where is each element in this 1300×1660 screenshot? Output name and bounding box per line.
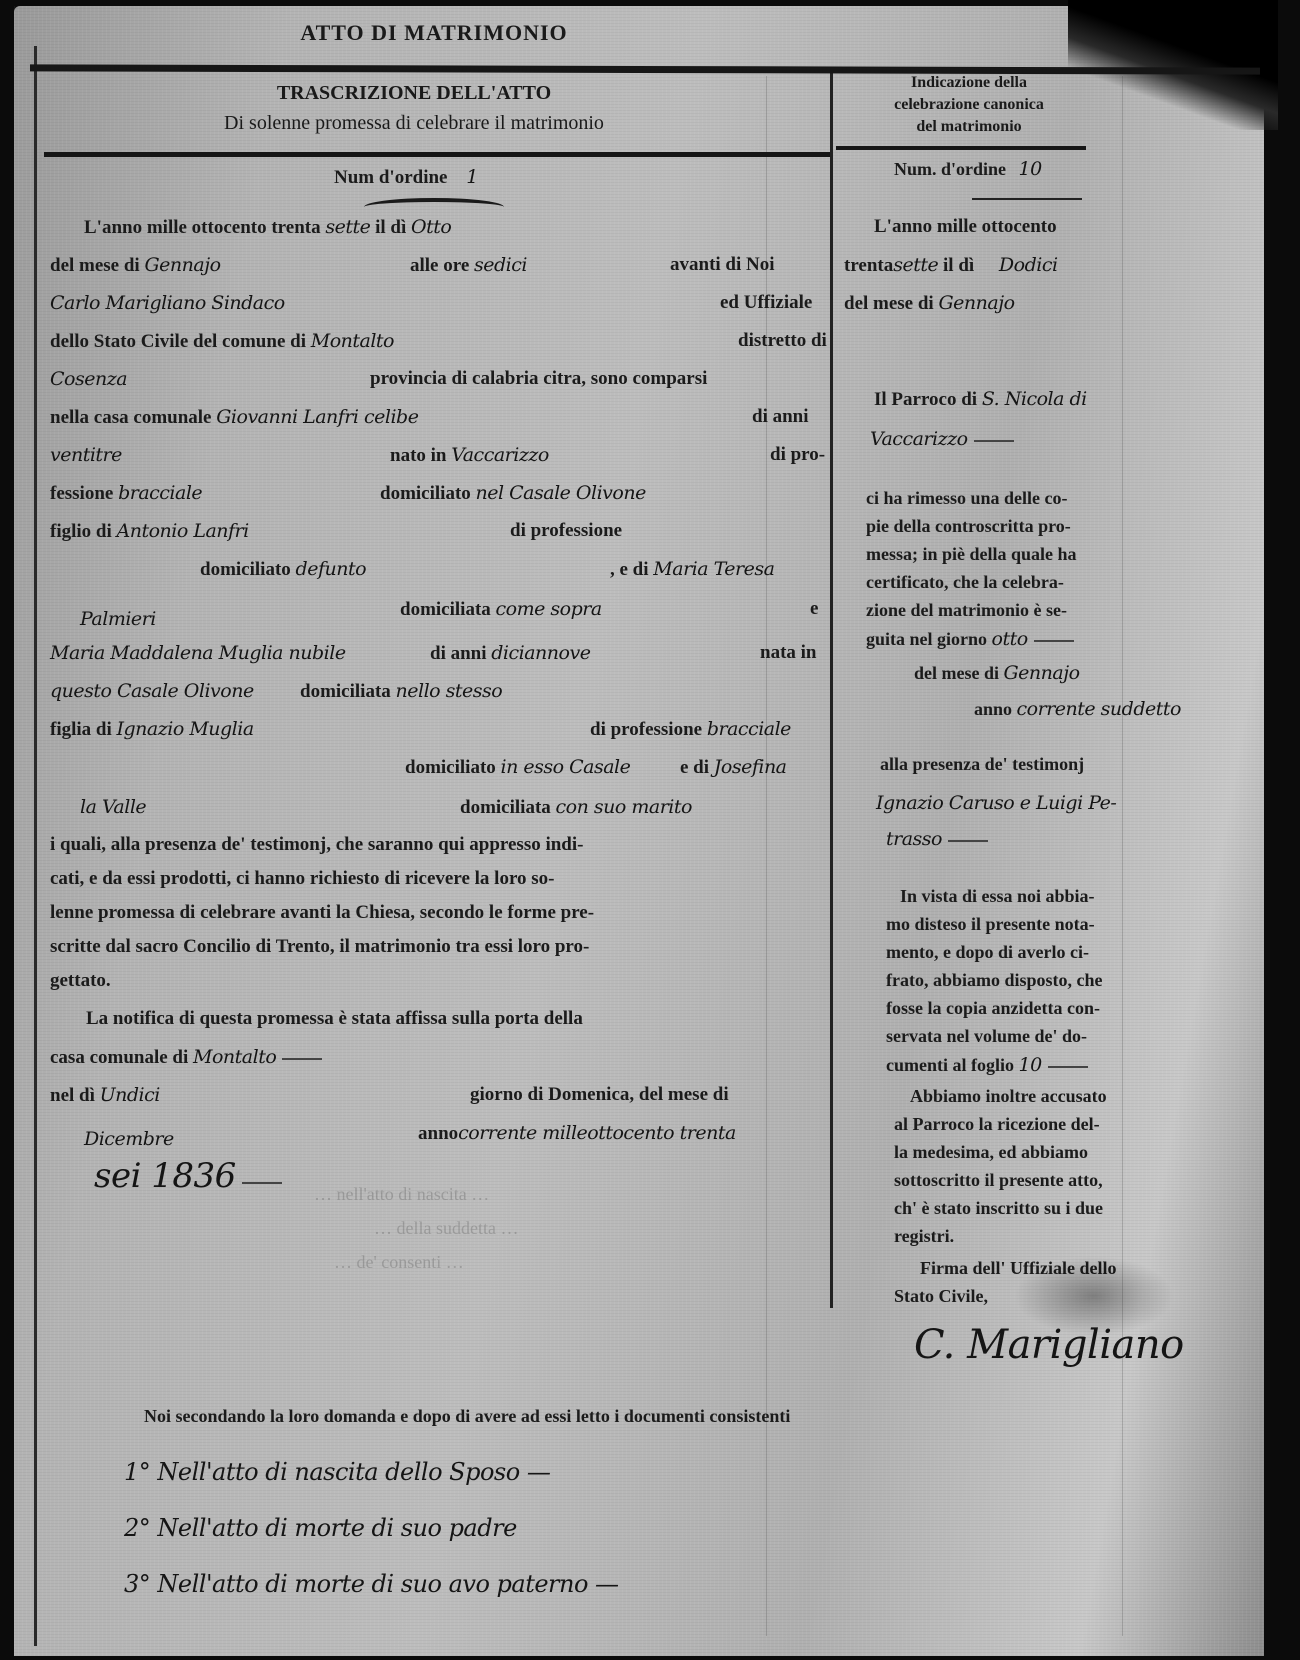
paragraph-line: scritte dal sacro Concilio di Trento, il… [50, 936, 589, 958]
certificate-line: messa; in piè della quale ha [866, 544, 1077, 565]
accusato-line: Abbiamo inoltre accusato [910, 1086, 1107, 1107]
form-line: del mese di Gennajo alle ore sedici avan… [50, 254, 830, 277]
handwritten-entry: Gennajo [144, 254, 220, 276]
handwritten-entry: Ignazio Muglia [117, 718, 254, 740]
right-title-line: Indicazione della [844, 72, 1094, 94]
handwritten-entry: Montalto [311, 330, 394, 352]
printed-text: giorno di Domenica, del mese di [470, 1084, 729, 1106]
printed-text: , e di [610, 559, 649, 580]
handwritten-entry: 2° Nell'atto di morte di suo padre [124, 1514, 517, 1542]
ornament-swash [364, 198, 504, 216]
handwritten-entry: Dodici [999, 254, 1058, 276]
handwritten-entry: Otto [411, 216, 451, 238]
handwritten-entry: S. Nicola di [982, 388, 1087, 410]
handwritten-entry: nel Casale Olivone [476, 482, 646, 504]
right-line: L'anno mille ottocento [874, 216, 1057, 238]
vista-line: In vista di essa noi abbia- [900, 886, 1095, 907]
register-page: ATTO DI MATRIMONIO TRASCRIZIONE DELL'ATT… [14, 6, 1264, 1656]
handwritten-entry: Gennajo [938, 292, 1014, 314]
handwritten-entry: sedici [474, 254, 527, 276]
certificate-line: ci ha rimesso una delle co- [866, 488, 1067, 509]
handwritten-entry: Maria Teresa [653, 558, 774, 580]
handwritten-entry: Ignazio Caruso e Luigi Pe- [876, 792, 1116, 814]
document-title: ATTO DI MATRIMONIO [284, 20, 584, 46]
handwritten-entry: nello stesso [396, 680, 503, 702]
printed-text: ed Uffiziale [720, 292, 812, 314]
printed-text: guita nel giorno [866, 629, 987, 649]
paragraph-line: i quali, alla presenza de' testimonj, ch… [50, 834, 583, 856]
volume-page: cumenti al foglio 10 [886, 1054, 1094, 1076]
form-line: Cosenza provincia di calabria citra, son… [50, 368, 830, 391]
handwritten-entry: 3° Nell'atto di morte di suo avo paterno… [124, 1570, 619, 1598]
vista-line: mento, e dopo di averlo ci- [886, 942, 1089, 963]
handwritten-entry: Maria Maddalena Muglia nubile [50, 642, 346, 664]
printed-text: L'anno mille ottocento trenta [84, 217, 321, 238]
printed-text: Il Parroco di [874, 389, 977, 410]
printed-text: domiciliata [300, 681, 391, 702]
printed-text: domiciliato [200, 559, 291, 580]
printed-text: di professione [590, 719, 702, 740]
accusato-line: al Parroco la ricezione del- [894, 1114, 1100, 1135]
accusato-line: ch' è stato inscritto su i due [894, 1198, 1103, 1219]
document-item: 1° Nell'atto di nascita dello Sposo — [124, 1458, 550, 1486]
handwritten-entry: bracciale [118, 482, 202, 504]
bleed-through-text: … de' consenti … [334, 1252, 464, 1273]
handwritten-entry: ventitre [50, 444, 122, 466]
handwritten-entry: Palmieri [80, 608, 156, 630]
printed-text: nel dì [50, 1085, 95, 1106]
paragraph-line: gettato. [50, 970, 111, 992]
printed-text: di anni [752, 406, 809, 428]
printed-text: fessione [50, 483, 113, 504]
vista-line: frato, abbiamo disposto, che [886, 970, 1103, 991]
handwritten-entry: in esso Casale [501, 756, 631, 778]
printed-text: del mese di [914, 663, 999, 683]
printed-text: di anni [430, 643, 487, 664]
handwritten-entry: corrente suddetto [1017, 698, 1181, 720]
handwritten-entry: 1° Nell'atto di nascita dello Sposo — [124, 1458, 550, 1486]
handwritten-entry: questo Casale Olivone [50, 680, 254, 702]
folded-corner [1068, 0, 1278, 130]
handwritten-entry: otto [992, 628, 1028, 650]
right-title-line: del matrimonio [844, 116, 1094, 138]
accusato-line: sottoscritto il presente atto, [894, 1170, 1103, 1191]
handwritten-entry: diciannove [491, 642, 590, 664]
handwritten-entry: defunto [296, 558, 367, 580]
handwritten-entry: sei 1836 [94, 1156, 236, 1196]
accusato-line: registri. [894, 1226, 954, 1247]
parroco-line: Vaccarizzo [870, 428, 1020, 451]
printed-text: domiciliato [380, 483, 471, 504]
binding-crease [1122, 76, 1123, 1636]
order-value: 1 [466, 166, 478, 188]
handwritten-entry: con suo marito [556, 796, 692, 818]
form-line: questo Casale Olivone domiciliata nello … [50, 680, 830, 703]
printed-text: cumenti al foglio [886, 1055, 1014, 1075]
form-line: L'anno mille ottocento trenta sette il d… [84, 216, 451, 239]
printed-text: figlio di [50, 521, 112, 542]
bleed-through-text: … della suddetta … [374, 1218, 518, 1239]
year-note: sei 1836 [94, 1156, 288, 1196]
witnesses-label: alla presenza de' testimonj [880, 754, 1084, 775]
printed-text: domiciliato [405, 757, 496, 778]
vista-line: fosse la copia anzidetta con- [886, 998, 1100, 1019]
handwritten-entry: Cosenza [50, 368, 127, 390]
right-line: del mese di Gennajo [844, 292, 1015, 315]
form-line: nella casa comunale Giovanni Lanfri celi… [50, 406, 830, 429]
left-margin-rule [34, 46, 37, 1646]
handwritten-entry: Carlo Marigliano Sindaco [50, 292, 285, 314]
printed-text: e [810, 598, 818, 620]
signature-label: Stato Civile, [894, 1286, 988, 1307]
certificate-line: pie della controscritta pro- [866, 516, 1071, 537]
handwritten-entry: Giovanni Lanfri celibe [216, 406, 418, 428]
printed-text: figlia di [50, 719, 112, 740]
printed-text: del mese di [844, 293, 934, 314]
handwritten-entry: Vaccarizzo [451, 444, 549, 466]
order-label: Num. d'ordine [894, 159, 1006, 179]
form-line: figlia di Ignazio Muglia di professione … [50, 718, 830, 741]
handwritten-entry: sette [325, 216, 370, 238]
handwritten-entry: trasso [886, 828, 942, 850]
handwritten-entry: Gennajo [1004, 662, 1080, 684]
paragraph-line: lenne promessa di celebrare avanti la Ch… [50, 902, 594, 924]
handwritten-entry: Montalto [193, 1046, 276, 1068]
handwritten-entry: corrente milleottocento trenta [458, 1122, 736, 1144]
printed-text: avanti di Noi [670, 254, 775, 276]
right-order-number: Num. d'ordine 10 [894, 158, 1042, 180]
paragraph-line: cati, e da essi prodotti, ci hanno richi… [50, 868, 555, 890]
notice-line: nel dì Undici giorno di Domenica, del me… [50, 1084, 830, 1107]
column-divider [830, 68, 833, 1308]
printed-text: domiciliata [460, 797, 551, 818]
right-section-title: Indicazione della celebrazione canonica … [844, 72, 1094, 138]
left-section-title: TRASCRIZIONE DELL'ATTO [164, 82, 664, 105]
form-line: Carlo Marigliano Sindaco ed Uffiziale [50, 292, 830, 315]
printed-text: provincia di calabria citra, sono compar… [370, 368, 707, 390]
right-title-line: celebrazione canonica [844, 94, 1094, 116]
left-order-number: Num d'ordine 1 [334, 166, 478, 189]
handwritten-entry: Dicembre [84, 1128, 174, 1150]
printed-text: di pro- [770, 444, 825, 466]
printed-text: nata in [760, 642, 817, 664]
printed-text: anno [418, 1123, 458, 1144]
document-item: 2° Nell'atto di morte di suo padre [124, 1514, 517, 1542]
accusato-line: la medesima, ed abbiamo [894, 1142, 1088, 1163]
ceremony-day: guita nel giorno otto [866, 628, 1080, 650]
parroco-line: Il Parroco di S. Nicola di [874, 388, 1087, 411]
handwritten-entry: come sopra [496, 598, 602, 620]
handwritten-entry: 10 [1019, 1054, 1042, 1076]
notice-line: casa comunale di Montalto [50, 1046, 328, 1069]
printed-text: trenta [844, 255, 893, 276]
documents-intro: Noi secondando la loro domanda e dopo di… [144, 1406, 790, 1427]
handwritten-entry: bracciale [707, 718, 791, 740]
handwritten-entry: Vaccarizzo [870, 428, 968, 450]
handwritten-entry: la Valle [80, 796, 146, 818]
order-label: Num d'ordine [334, 167, 448, 188]
printed-text: e di [680, 757, 709, 778]
form-line: Maria Maddalena Muglia nubile di anni di… [50, 642, 830, 665]
printed-text: del mese di [50, 255, 140, 276]
subtitle-rule [44, 152, 830, 157]
certificate-line: zione del matrimonio è se- [866, 600, 1067, 621]
printed-text: distretto di [738, 330, 827, 352]
handwritten-entry: Undici [100, 1084, 160, 1106]
handwritten-entry: Josefina [714, 756, 787, 778]
bleed-through-text: … nell'atto di nascita … [314, 1184, 489, 1205]
vista-line: mo disteso il presente nota- [886, 914, 1095, 935]
form-line: fessione bracciale domiciliato nel Casal… [50, 482, 830, 505]
order-value: 10 [1019, 158, 1042, 180]
form-line: figlio di Antonio Lanfri di professione [50, 520, 830, 543]
printed-text: di professione [510, 520, 622, 542]
witnesses-names: Ignazio Caruso e Luigi Pe- [876, 792, 1116, 815]
printed-text: dello Stato Civile del comune di [50, 331, 306, 352]
printed-text: alle ore [410, 255, 469, 276]
printed-text: domiciliata [400, 599, 491, 620]
ceremony-month: del mese di Gennajo [914, 662, 1080, 684]
vista-line: servata nel volume de' do- [886, 1026, 1087, 1047]
document-item: 3° Nell'atto di morte di suo avo paterno… [124, 1570, 619, 1598]
notice-line: La notifica di questa promessa è stata a… [86, 1008, 583, 1030]
handwritten-entry: Antonio Lanfri [117, 520, 249, 542]
certificate-line: certificato, che la celebra- [866, 572, 1064, 593]
form-line: ventitre nato in Vaccarizzo di pro- [50, 444, 830, 467]
right-title-rule [836, 146, 1086, 150]
printed-text: il dì [943, 255, 974, 276]
printed-text: anno [974, 699, 1012, 719]
printed-text: il dì [375, 217, 406, 238]
handwritten-entry: C. Marigliano [914, 1322, 1184, 1368]
printed-text: casa comunale di [50, 1047, 188, 1068]
printed-text: nato in [390, 445, 447, 466]
ceremony-year: anno corrente suddetto [974, 698, 1181, 720]
form-line: dello Stato Civile del comune di Montalt… [50, 330, 830, 353]
left-section-subtitle: Di solenne promessa di celebrare il matr… [124, 112, 704, 135]
short-rule [972, 198, 1082, 200]
printed-text: nella casa comunale [50, 407, 212, 428]
witnesses-names: trasso [886, 828, 994, 851]
right-line: trentasette il dì Dodici [844, 254, 1058, 277]
handwritten-entry: sette [893, 254, 938, 276]
official-signature: C. Marigliano [914, 1322, 1184, 1368]
